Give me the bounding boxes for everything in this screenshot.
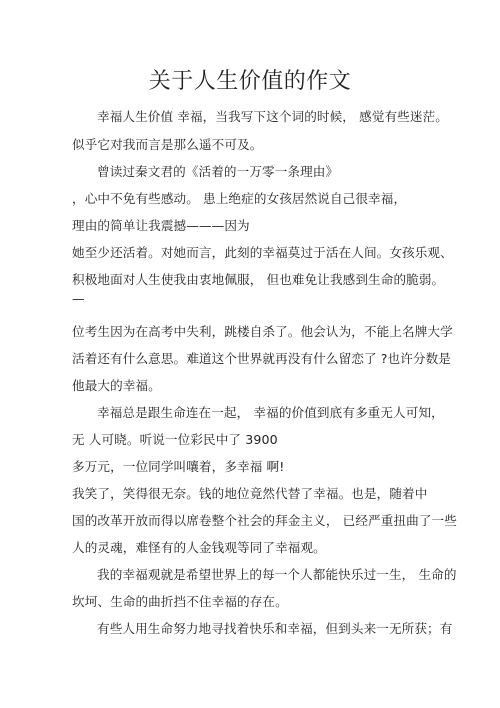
paragraph-line: 理由的简单让我震撼———因为 [72, 215, 250, 234]
paragraph-line: 似乎它对我而言是那么遥不可及。 [72, 134, 262, 153]
document-title: 关于人生价值的作文 [0, 64, 500, 95]
paragraph-line: 幸福人生价值 幸福，当我写下这个词的时候， 感觉有些迷茫。 [97, 106, 448, 125]
paragraph-line: 有些人用生命努力地寻找着快乐和幸福，但到头来一无所获；有 [97, 618, 452, 637]
paragraph-line: 积极地面对人生使我由衷地佩服， 但也难免让我感到生命的脆弱。 [72, 269, 444, 288]
paragraph-line: 活着还有什么意思。难道这个世界就再没有什么留恋了 ?也许分数是 [72, 348, 451, 367]
paragraph-line: 国的改革开放而得以席卷整个社会的拜金主义， 已经严重扭曲了一些 [72, 510, 457, 529]
paragraph-line: 他最大的幸福。 [72, 375, 161, 394]
paragraph-line: 人的灵魂，难怪有的人金钱观等同了幸福观。 [72, 537, 326, 556]
paragraph-line: 幸福总是跟生命连在一起， 幸福的价值到底有多重无人可知， [97, 402, 444, 421]
paragraph-line: 坎坷、生命的曲折挡不住幸福的存在。 [72, 591, 288, 610]
paragraph-line: 她至少还活着。对她而言，此刻的幸福莫过于活在人间。女孩乐观、 [72, 242, 453, 261]
paragraph-line: — [72, 291, 85, 306]
paragraph-line: 曾读过秦文君的《活着的一万零一条理由》 [97, 161, 338, 180]
paragraph-line: 无 人可晓。听说一位彩民中了 3900 [72, 429, 278, 448]
paragraph-line: 多万元，一位同学叫嚷着，多幸福 啊! [72, 456, 284, 475]
paragraph-line: 我笑了，笑得很无奈。钱的地位竟然代替了幸福。也是，随着中 [72, 483, 427, 502]
paragraph-line: ，心中不免有些感动。 患上绝症的女孩居然说自己很幸福， [72, 188, 406, 207]
paragraph-line: 我的幸福观就是希望世界上的每一个人都能快乐过一生， 生命的 [97, 564, 457, 583]
paragraph-line: 位考生因为在高考中失利，跳楼自杀了。他会认为，不能上名牌大学 [72, 321, 453, 340]
